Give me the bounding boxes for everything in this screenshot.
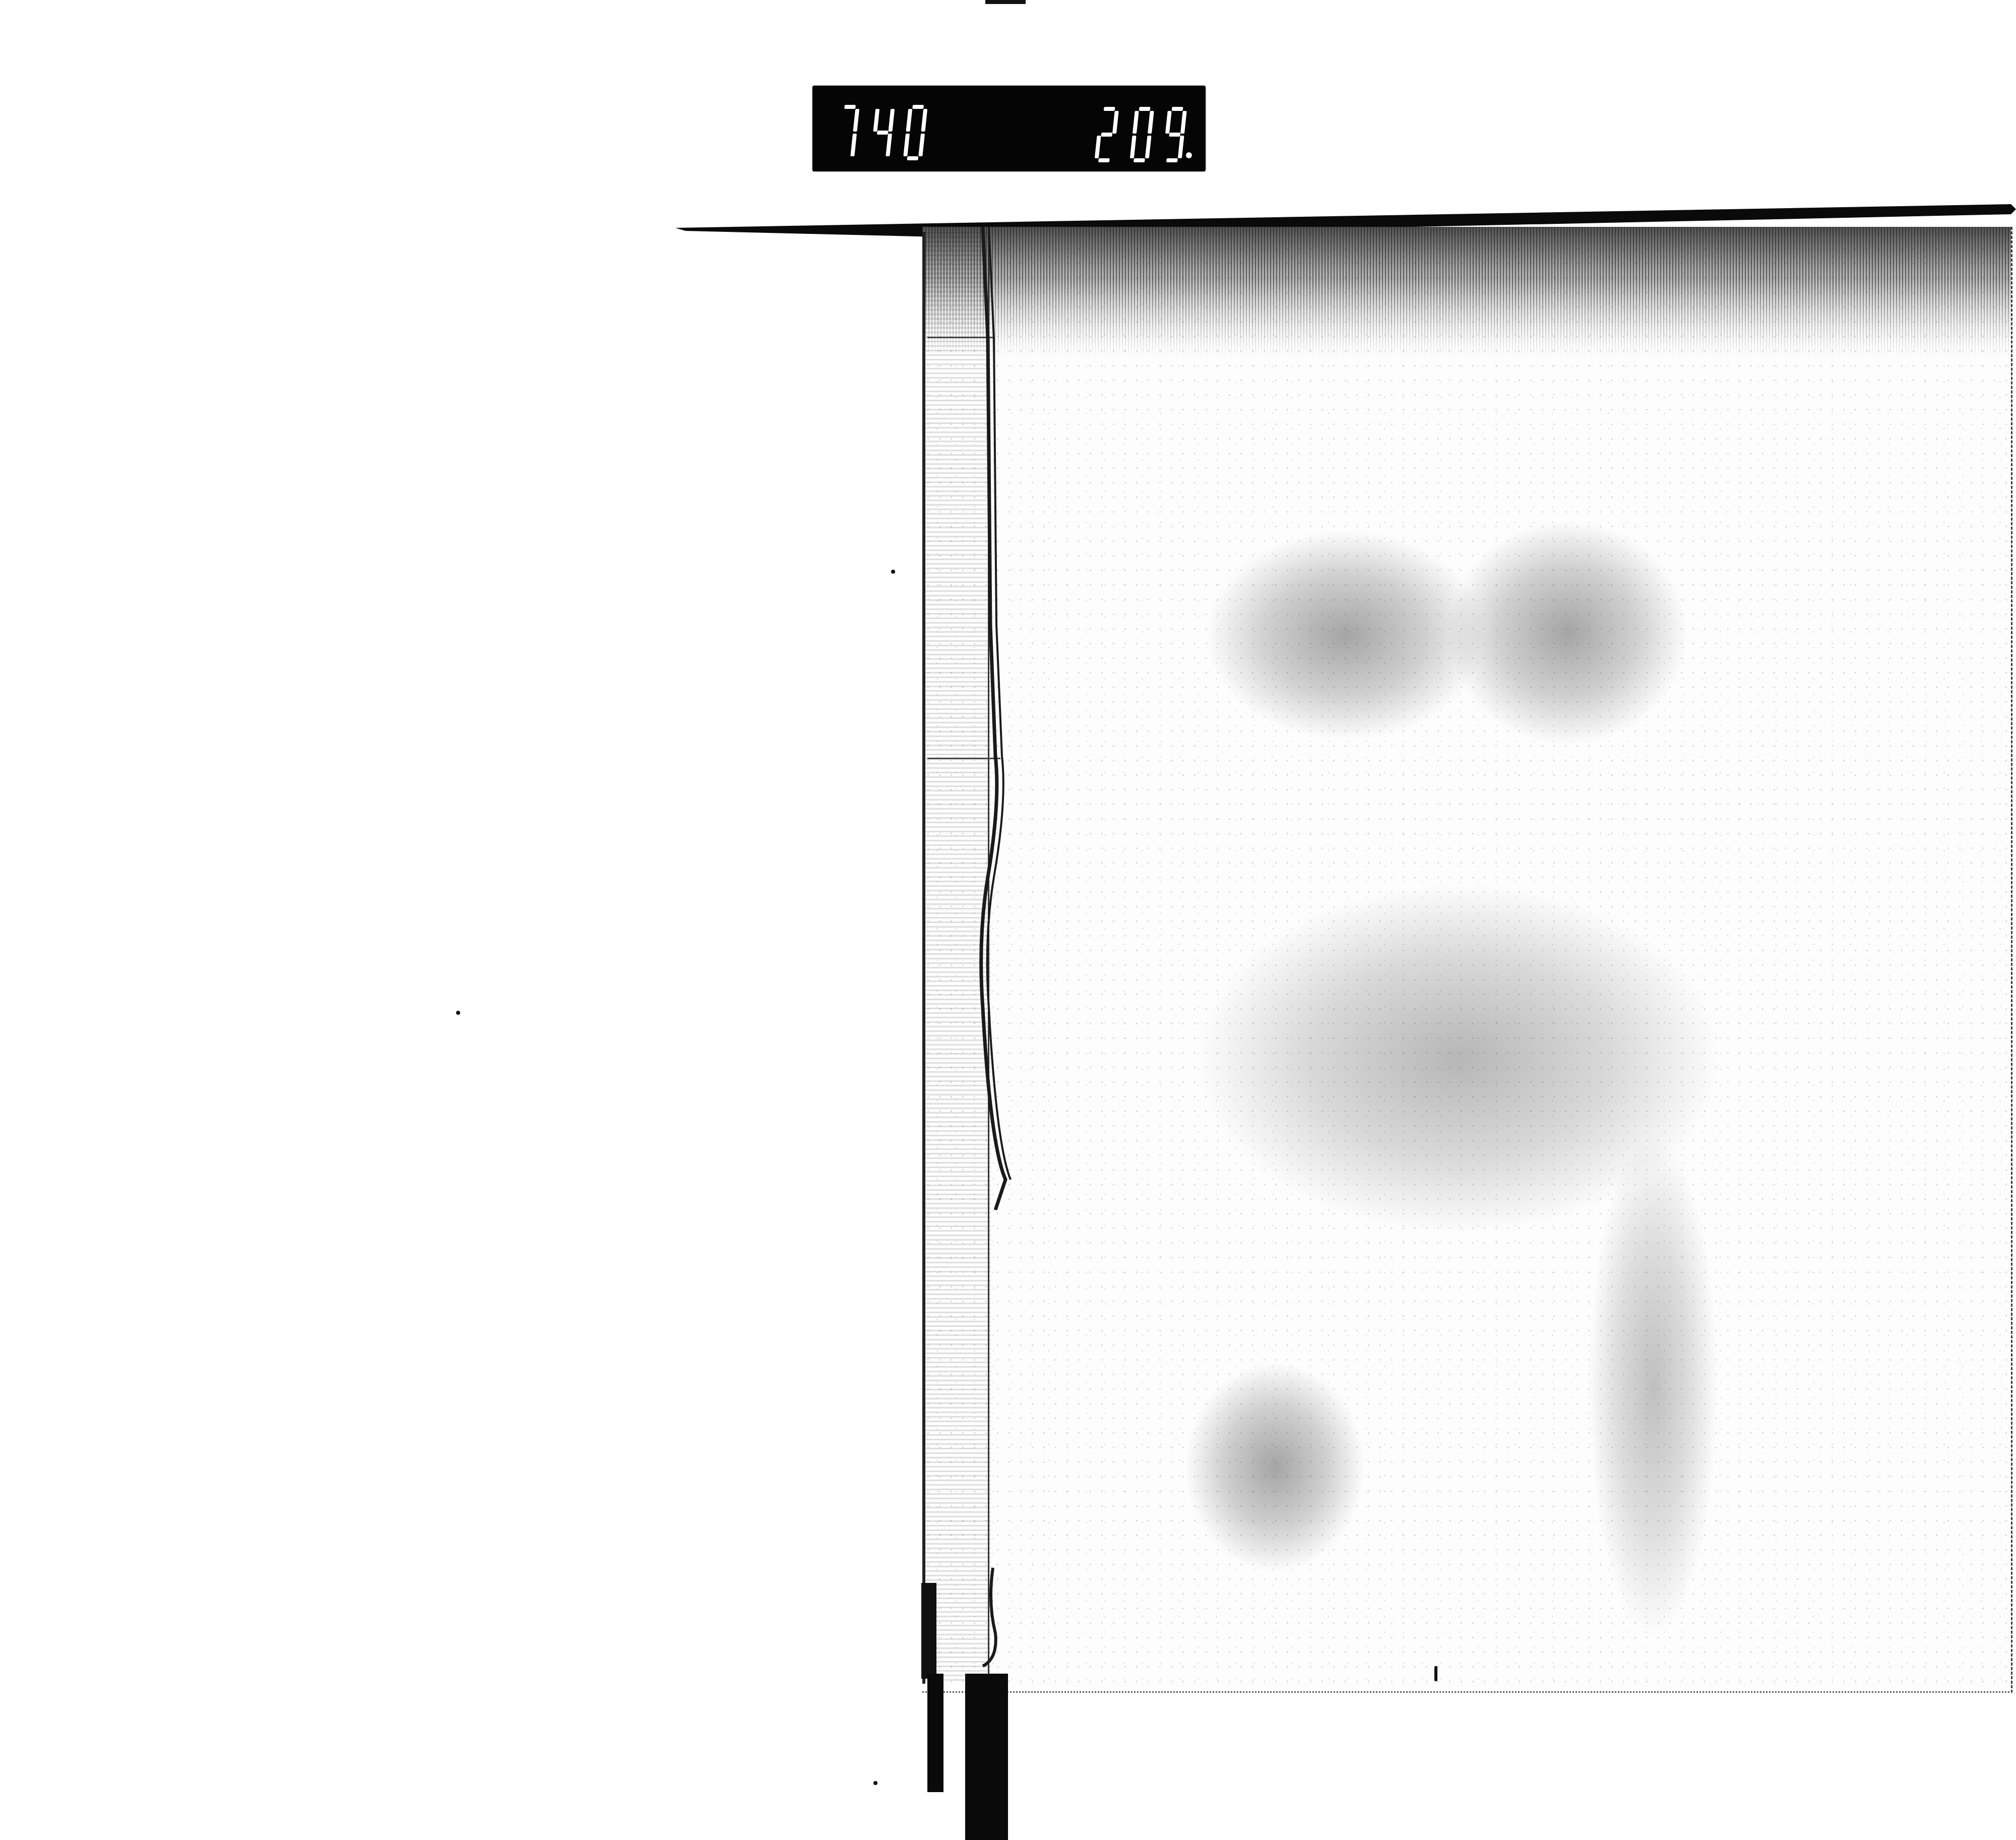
book-cover bbox=[922, 227, 2012, 1693]
dust-speck bbox=[891, 570, 895, 574]
bottom-tab-left bbox=[927, 1674, 943, 1792]
stain bbox=[1588, 1134, 1719, 1638]
bottom-edge-mark bbox=[921, 1583, 936, 1679]
stain bbox=[1184, 1361, 1366, 1573]
stain bbox=[1205, 529, 1487, 741]
dust-speck bbox=[1434, 1666, 1437, 1681]
binding-string-end bbox=[973, 1563, 1013, 1674]
scanned-page: 740 209 bbox=[0, 0, 2016, 1840]
dust-speck bbox=[873, 1781, 877, 1785]
dust-speck bbox=[456, 1011, 460, 1015]
bottom-tab-right bbox=[965, 1674, 1008, 1840]
stain bbox=[1446, 519, 1688, 746]
binding-string bbox=[907, 222, 1058, 1230]
